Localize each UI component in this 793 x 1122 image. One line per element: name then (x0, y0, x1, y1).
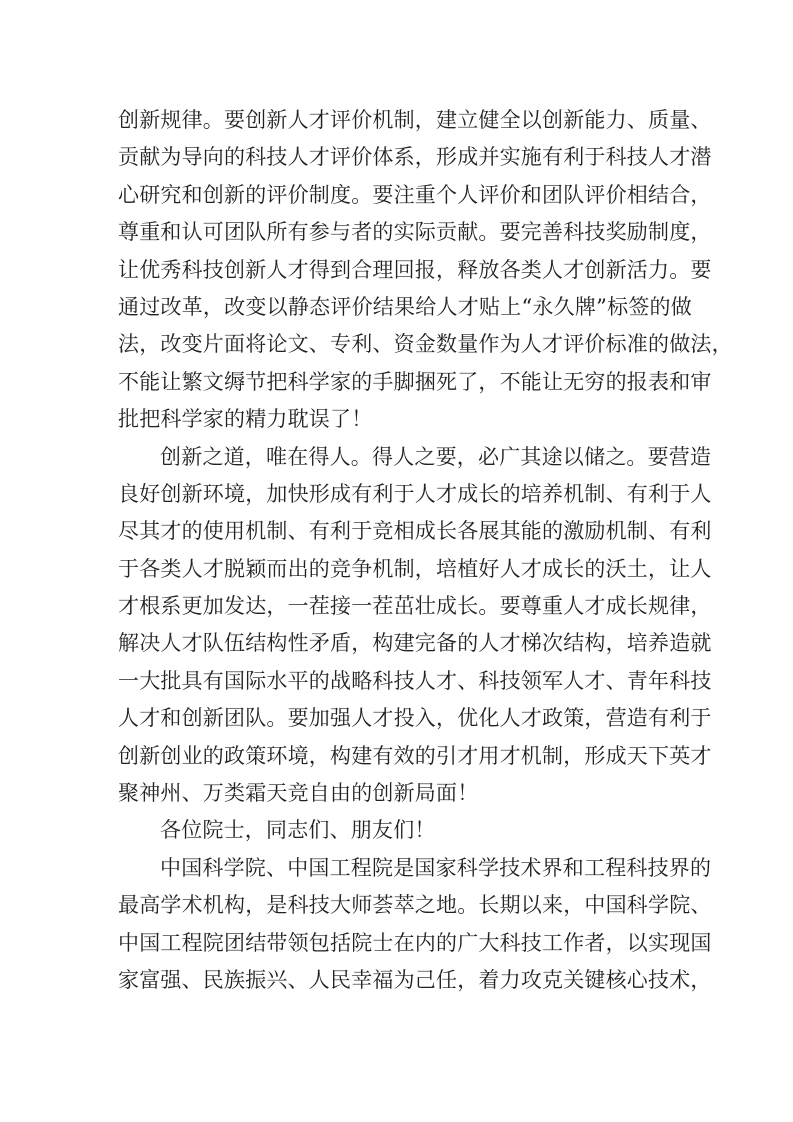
text-line: 于各类人才脱颖而出的竞争机制，培植好人才成长的沃土，让人 (118, 551, 692, 588)
text-line: 通过改革，改变以静态评价结果给人才贴上“永久牌”标签的做 (118, 289, 692, 326)
text-line: 创新创业的政策环境，构建有效的引才用才机制，形成天下英才 (118, 738, 692, 775)
text-line: 中国工程院团结带领包括院士在内的广大科技工作者，以实现国 (118, 925, 692, 962)
text-line: 一大批具有国际水平的战略科技人才、科技领军人才、青年科技 (118, 663, 692, 700)
text-line: 尊重和认可团队所有参与者的实际贡献。要完善科技奖励制度， (118, 214, 692, 251)
text-line: 解决人才队伍结构性矛盾，构建完备的人才梯次结构，培养造就 (118, 625, 692, 662)
text-content: 创新规律。要创新人才评价机制，建立健全以创新能力、质量、 贡献为导向的科技人才评… (118, 102, 692, 999)
text-line: 创新之道，唯在得人。得人之要，必广其途以储之。要营造 (118, 439, 692, 476)
text-line: 家富强、民族振兴、人民幸福为己任，着力攻克关键核心技术， (118, 962, 692, 999)
text-line: 尽其才的使用机制、有利于竞相成长各展其能的激励机制、有利 (118, 513, 692, 550)
text-line: 批把科学家的精力耽误了！ (118, 401, 692, 438)
text-line: 人才和创新团队。要加强人才投入，优化人才政策，营造有利于 (118, 700, 692, 737)
text-line: 心研究和创新的评价制度。要注重个人评价和团队评价相结合， (118, 177, 692, 214)
text-line: 才根系更加发达，一茬接一茬茁壮成长。要尊重人才成长规律， (118, 588, 692, 625)
text-line: 最高学术机构，是科技大师荟萃之地。长期以来，中国科学院、 (118, 887, 692, 924)
text-line: 法，改变片面将论文、专利、资金数量作为人才评价标准的做法， (118, 326, 692, 363)
text-line: 中国科学院、中国工程院是国家科学技术界和工程科技界的 (118, 850, 692, 887)
text-line: 良好创新环境，加快形成有利于人才成长的培养机制、有利于人 (118, 476, 692, 513)
salutation-line: 各位院士，同志们、朋友们！ (118, 812, 692, 849)
text-line: 不能让繁文缛节把科学家的手脚捆死了，不能让无穷的报表和审 (118, 364, 692, 401)
text-line: 让优秀科技创新人才得到合理回报，释放各类人才创新活力。要 (118, 252, 692, 289)
text-line: 聚神州、万类霜天竞自由的创新局面！ (118, 775, 692, 812)
text-line: 贡献为导向的科技人才评价体系，形成并实施有利于科技人才潜 (118, 139, 692, 176)
text-line: 创新规律。要创新人才评价机制，建立健全以创新能力、质量、 (118, 102, 692, 139)
document-page: 创新规律。要创新人才评价机制，建立健全以创新能力、质量、 贡献为导向的科技人才评… (0, 0, 793, 1122)
